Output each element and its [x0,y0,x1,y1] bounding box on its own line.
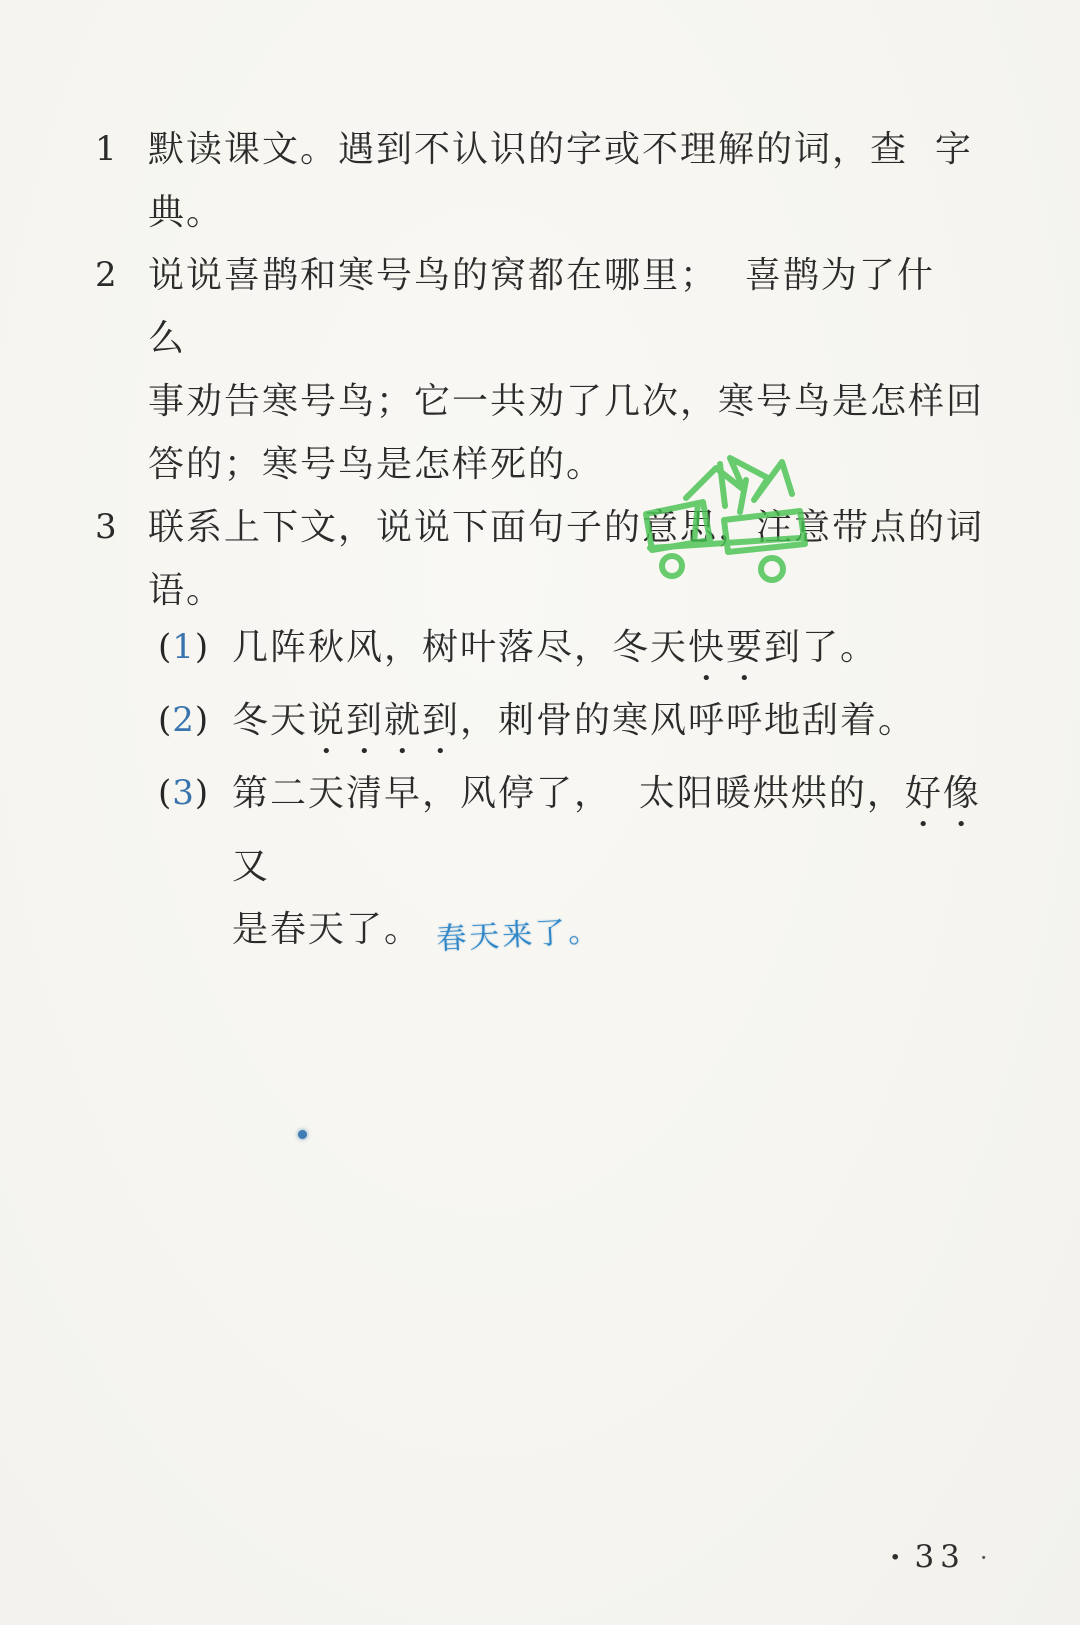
paren-open: ( [158,700,172,740]
question-3-number: 3 [95,496,148,559]
paren-close: ) [195,773,209,813]
question-1-body: 默读课文。遇到不认识的字或不理解的词，查 字 典。 [148,118,995,244]
question-3-line-2: 语。 [148,559,995,622]
question-2-line-1: 说说喜鹊和寒号鸟的窝都在哪里； 喜鹊为了什 么 [148,244,995,370]
emphasized-words: 说到就到 [308,700,460,741]
emphasized-words: 好像 [905,773,981,814]
question-2-body: 说说喜鹊和寒号鸟的窝都在哪里； 喜鹊为了什 么 事劝告寒号鸟；它一共劝了几次，寒… [148,244,995,496]
sub-item-1-number: (1) [148,616,232,679]
paren-open: ( [158,627,172,667]
textbook-page: 1 默读课文。遇到不认识的字或不理解的词，查 字 典。 2 说说喜鹊和寒号鸟的窝… [0,0,1080,1625]
footer-left-mark: · [890,1543,900,1573]
page-footer: · 33 · [890,1542,988,1573]
text-segment: 几阵秋风，树叶落尽，冬天 [232,627,688,668]
text-segment: 到了。 [764,627,878,668]
paren-close: ) [195,700,209,740]
text-segment: 又 [232,846,270,887]
text-segment: 是春天了。 [232,909,422,950]
blue-ink-dot [298,1130,307,1139]
question-3-body: 联系上下文，说说下面句子的意思，注意带点的词 语。 (1) 几阵秋风，树叶落尽，… [148,496,995,963]
handwritten-note: 春天来了。 [435,900,603,972]
paren-close: ) [195,627,209,667]
question-2-line-2: 事劝告寒号鸟；它一共劝了几次，寒号鸟是怎样回 [148,370,995,433]
text-segment: 第二天清早，风停了， 太阳暖烘烘的， [232,773,905,814]
sub-item-3-text: 第二天清早，风停了， 太阳暖烘烘的，好像又 [232,762,995,898]
sub-item-1: (1) 几阵秋风，树叶落尽，冬天快要到了。 [148,616,995,689]
question-3-line-1: 联系上下文，说说下面句子的意思，注意带点的词 [148,496,995,559]
question-1-line-2: 典。 [148,181,995,244]
text-segment: 冬天 [232,700,308,741]
question-1: 1 默读课文。遇到不认识的字或不理解的词，查 字 典。 [95,118,995,244]
page-number: 33 [914,1542,965,1573]
question-2: 2 说说喜鹊和寒号鸟的窝都在哪里； 喜鹊为了什 么 事劝告寒号鸟；它一共劝了几次… [95,244,995,496]
footer-right-mark: · [980,1546,988,1570]
sub-item-2-number: (2) [148,689,232,752]
sub-item-2-text: 冬天说到就到，刺骨的寒风呼呼地刮着。 [232,689,995,762]
sub-item-3: (3) 第二天清早，风停了， 太阳暖烘烘的，好像又 [148,762,995,898]
emphasized-words: 快要 [688,627,764,668]
sub-item-3-number: (3) [148,762,232,825]
sub-item-2: (2) 冬天说到就到，刺骨的寒风呼呼地刮着。 [148,689,995,762]
question-1-line-1: 默读课文。遇到不认识的字或不理解的词，查 字 [148,118,995,181]
sub-item-2-digit: 2 [172,700,195,740]
question-3-sub-items: (1) 几阵秋风，树叶落尽，冬天快要到了。 (2) 冬天说到就到，刺骨的寒风呼呼… [148,616,995,963]
question-2-number: 2 [95,244,148,307]
text-segment: ，刺骨的寒风呼呼地刮着。 [460,700,916,741]
sub-item-1-text: 几阵秋风，树叶落尽，冬天快要到了。 [232,616,995,689]
question-1-number: 1 [95,118,148,181]
paren-open: ( [158,773,172,813]
sub-item-3-continuation: 是春天了。春天来了。 [232,898,995,963]
sub-item-1-digit: 1 [172,627,195,667]
question-3: 3 联系上下文，说说下面句子的意思，注意带点的词 语。 (1) 几阵秋风，树叶落… [95,496,995,963]
exercise-list: 1 默读课文。遇到不认识的字或不理解的词，查 字 典。 2 说说喜鹊和寒号鸟的窝… [95,118,995,963]
question-2-line-3: 答的；寒号鸟是怎样死的。 [148,433,995,496]
sub-item-3-digit: 3 [172,773,195,813]
